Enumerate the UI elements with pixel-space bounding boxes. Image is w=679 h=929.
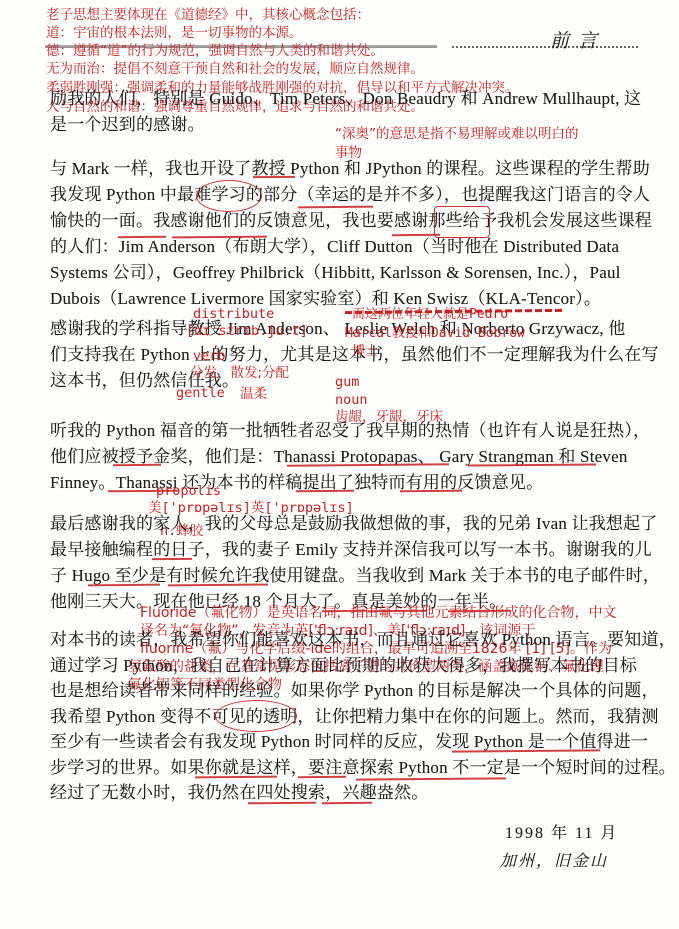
red-box-mark xyxy=(434,206,490,238)
red-note-gum-pos: noun xyxy=(335,392,368,409)
scanned-preface-page: 前言 老子思想主要体现在《道德经》中，其核心概念包括： 道：宇宙的根本法则，是一… xyxy=(0,0,679,929)
printed-line: 对本书的读者，我希望你们能喜欢这本书，而且通过它喜欢 Python 语言。要知道… xyxy=(50,627,642,653)
header-rule-dotted xyxy=(452,46,638,48)
red-underline-mark xyxy=(118,236,166,238)
red-note-gentle-meaning: 温柔 xyxy=(240,386,267,403)
red-circle-mark xyxy=(215,700,297,732)
red-note-fluoride-line: Fluoride（氟化物）是英语名词，指由氟与其他元素结合形成的化合物，中文 xyxy=(140,605,617,622)
printed-line: 最后感谢我的家人，我的父母总是鼓励我做想做的事，我的兄弟 Ivan 让我想起了 xyxy=(50,511,642,537)
red-note-distribute-meaning: 分发，散发;分配 xyxy=(190,365,289,382)
red-note-gentle-word: gentle xyxy=(176,385,225,402)
red-circle-mark xyxy=(196,180,262,212)
printed-line: 我发现 Python 中最难学习的部分（幸运的是并不多），也提醒我这门语言的令人 xyxy=(50,182,642,208)
red-underline-mark xyxy=(298,776,346,778)
printed-line: 们支持我在 Python 上的努力，尤其是这本书，虽然他们不一定理解我为什么在写 xyxy=(50,342,642,368)
red-note-laozi-line: 老子思想主要体现在《道德经》中，其核心概念包括： xyxy=(46,7,370,24)
red-underline-mark xyxy=(322,802,372,804)
printed-line: 我希望 Python 变得不可见的透明，让你把精力集中在你的问题上。然而，我猜测 xyxy=(50,704,642,730)
red-underline-mark xyxy=(113,464,161,466)
red-underline-mark xyxy=(322,610,367,612)
red-note-distribute-word: distribute xyxy=(193,306,274,323)
printed-line: 也是想给读者带来同样的经验。如果你学 Python 的目标是解决一个具体的问题， xyxy=(50,678,642,704)
printed-line: 最早接触编程的日子，我的妻子 Emily 支持并深信我可以写一本书。谢谢我的儿 xyxy=(50,537,642,563)
red-note-pedro-line: 而这两位年轻人就是Pedro xyxy=(352,306,508,323)
printed-line: Finney。Thanassi 还为本书的样稿提出了独特而有用的反馈意见。 xyxy=(50,470,642,496)
red-note-distribute-pos: verb xyxy=(193,348,226,365)
printed-line: 与 Mark 一样，我也开设了教授 Python 和 JPython 的课程。这… xyxy=(50,156,642,182)
red-underline-mark xyxy=(152,558,192,560)
paragraph-2: 与 Mark 一样，我也开设了教授 Python 和 JPython 的课程。这… xyxy=(50,156,642,312)
printed-line: 愉快的一面。我感谢他们的反馈意见，我也要感谢那些给予我机会发展这些课程 xyxy=(50,208,642,234)
red-note-laozi-line: 无为而治：提倡不刻意干预自然和社会的发展，顺应自然规律。 xyxy=(46,61,424,78)
red-note-shenao-line: “深奥”的意思是指不易理解或难以明白的 xyxy=(335,126,579,143)
red-note-laozi-line: 德：遵循“道”的行为规范，强调自然与人类的和谐共处。 xyxy=(46,43,384,60)
red-underline-mark xyxy=(392,234,440,236)
red-note-pedro-line: Marcal教授和David Bobrow xyxy=(345,325,525,342)
printed-line: 听我的 Python 福音的第一批牺牲者忍受了我早期的热情（也许有人说是狂热）， xyxy=(50,418,642,444)
signature-date: 1998 年 11 月 xyxy=(505,820,618,843)
signature-place: 加州，旧金山 xyxy=(500,848,608,871)
red-note-distribute-phonetic: [dɪ'strɪb.juːt] xyxy=(186,323,308,340)
page-title: 前言 xyxy=(550,26,606,53)
red-note-laozi-line: 道：宇宙的根本法则，是一切事物的本源。 xyxy=(46,25,303,42)
paragraph-4: 听我的 Python 福音的第一批牺牲者忍受了我早期的热情（也许有人说是狂热），… xyxy=(50,418,642,496)
printed-line: 通过学习 Python，我自己在计算方面比预期的收获大得多，我撰写本书的目标 xyxy=(50,653,642,679)
paragraph-5: 最后感谢我的家人，我的父母总是鼓励我做想做的事，我的兄弟 Ivan 让我想起了 … xyxy=(50,511,642,615)
red-note-pedro-line: 博士 xyxy=(352,343,378,360)
printed-line: Systems 公司），Geoffrey Philbrick（Hibbitt, … xyxy=(50,260,642,286)
red-underline-mark xyxy=(253,176,295,178)
paragraph-6: 对本书的读者，我希望你们能喜欢这本书，而且通过它喜欢 Python 语言。要知道… xyxy=(50,627,642,806)
red-note-gum-word: gum xyxy=(335,374,359,391)
printed-line: 励我的人们，特别是 Guido、Tim Peters、Don Beaudry 和… xyxy=(50,86,642,112)
